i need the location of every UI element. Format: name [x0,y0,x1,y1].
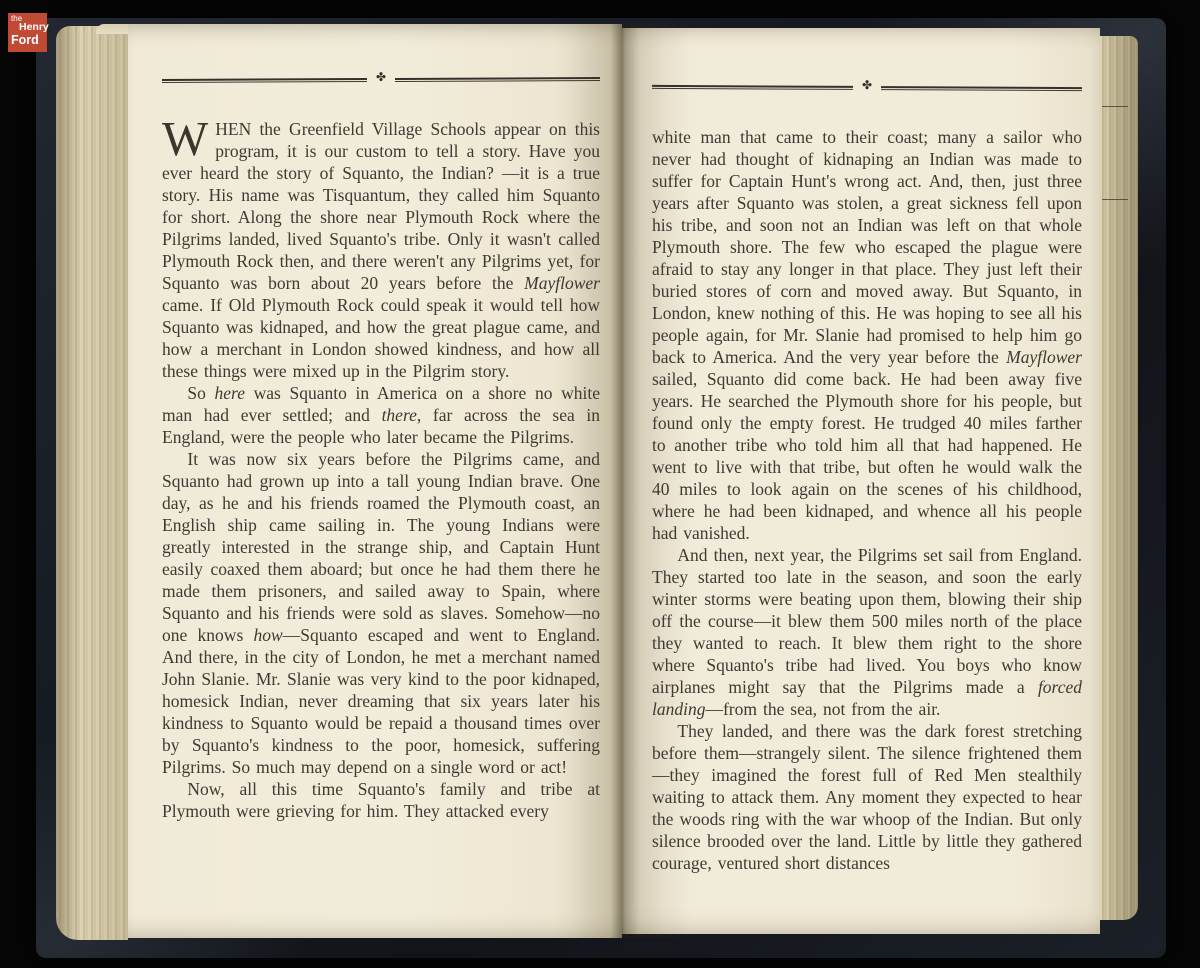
italic-text: how [254,625,283,645]
italic-text: Mayflower [524,273,600,293]
left-page-header-rule: ✤ [162,73,600,87]
fleuron-ornament-icon: ✤ [862,79,872,91]
paragraph: So here was Squanto in America on a shor… [162,382,600,448]
right-page-text: white man that came to their coast; many… [652,126,1082,874]
paragraph: And then, next year, the Pilgrims set sa… [652,544,1082,720]
paragraph: They landed, and there was the dark fore… [652,720,1082,874]
paragraph: Now, all this time Squanto's family and … [162,778,600,822]
body-text: —from the sea, not from the air. [705,699,940,719]
left-page: ✤ WHEN the Greenfield Village Schools ap… [128,24,622,938]
paragraph: It was now six years before the Pilgrims… [162,448,600,778]
left-page-text: WHEN the Greenfield Village Schools appe… [162,118,600,822]
right-page-header-rule: ✤ [652,81,1082,95]
italic-text: here [215,383,245,403]
drop-cap: W [162,118,215,158]
logo-text-henry: Henry [19,21,49,33]
logo-text-ford: Ford [11,33,39,47]
body-text: HEN the Greenfield Village Schools appea… [162,119,600,293]
paragraph: white man that came to their coast; many… [652,126,1082,544]
body-text: sailed, Squanto did come back. He had be… [652,369,1082,543]
henry-ford-logo: the Henry Ford [8,13,47,52]
body-text: Now, all this time Squanto's family and … [162,779,600,821]
italic-text: there [382,405,417,425]
page-edges-fore [1100,36,1138,920]
body-text: They landed, and there was the dark fore… [652,721,1082,873]
body-text: came. If Old Plymouth Rock could speak i… [162,295,600,381]
rule-segment [162,78,367,84]
body-text: white man that came to their coast; many… [652,127,1082,367]
rule-segment [652,84,853,90]
body-text: It was now six years before the Pilgrims… [162,449,600,645]
italic-text: Mayflower [1006,347,1082,367]
body-text: So [187,383,214,403]
right-page: ✤ white man that came to their coast; ma… [622,28,1100,934]
rule-segment [395,77,600,83]
fore-edge-rule-mark [1102,199,1128,200]
body-text: —Squanto escaped and went to England. An… [162,625,600,777]
rule-segment [881,86,1082,92]
fore-edge-rule-mark [1102,106,1128,107]
body-text: And then, next year, the Pilgrims set sa… [652,545,1082,697]
page-edges-left [56,26,128,940]
book-photo: ✤ WHEN the Greenfield Village Schools ap… [0,0,1200,968]
fleuron-ornament-icon: ✤ [376,71,386,83]
paragraph: WHEN the Greenfield Village Schools appe… [162,118,600,382]
